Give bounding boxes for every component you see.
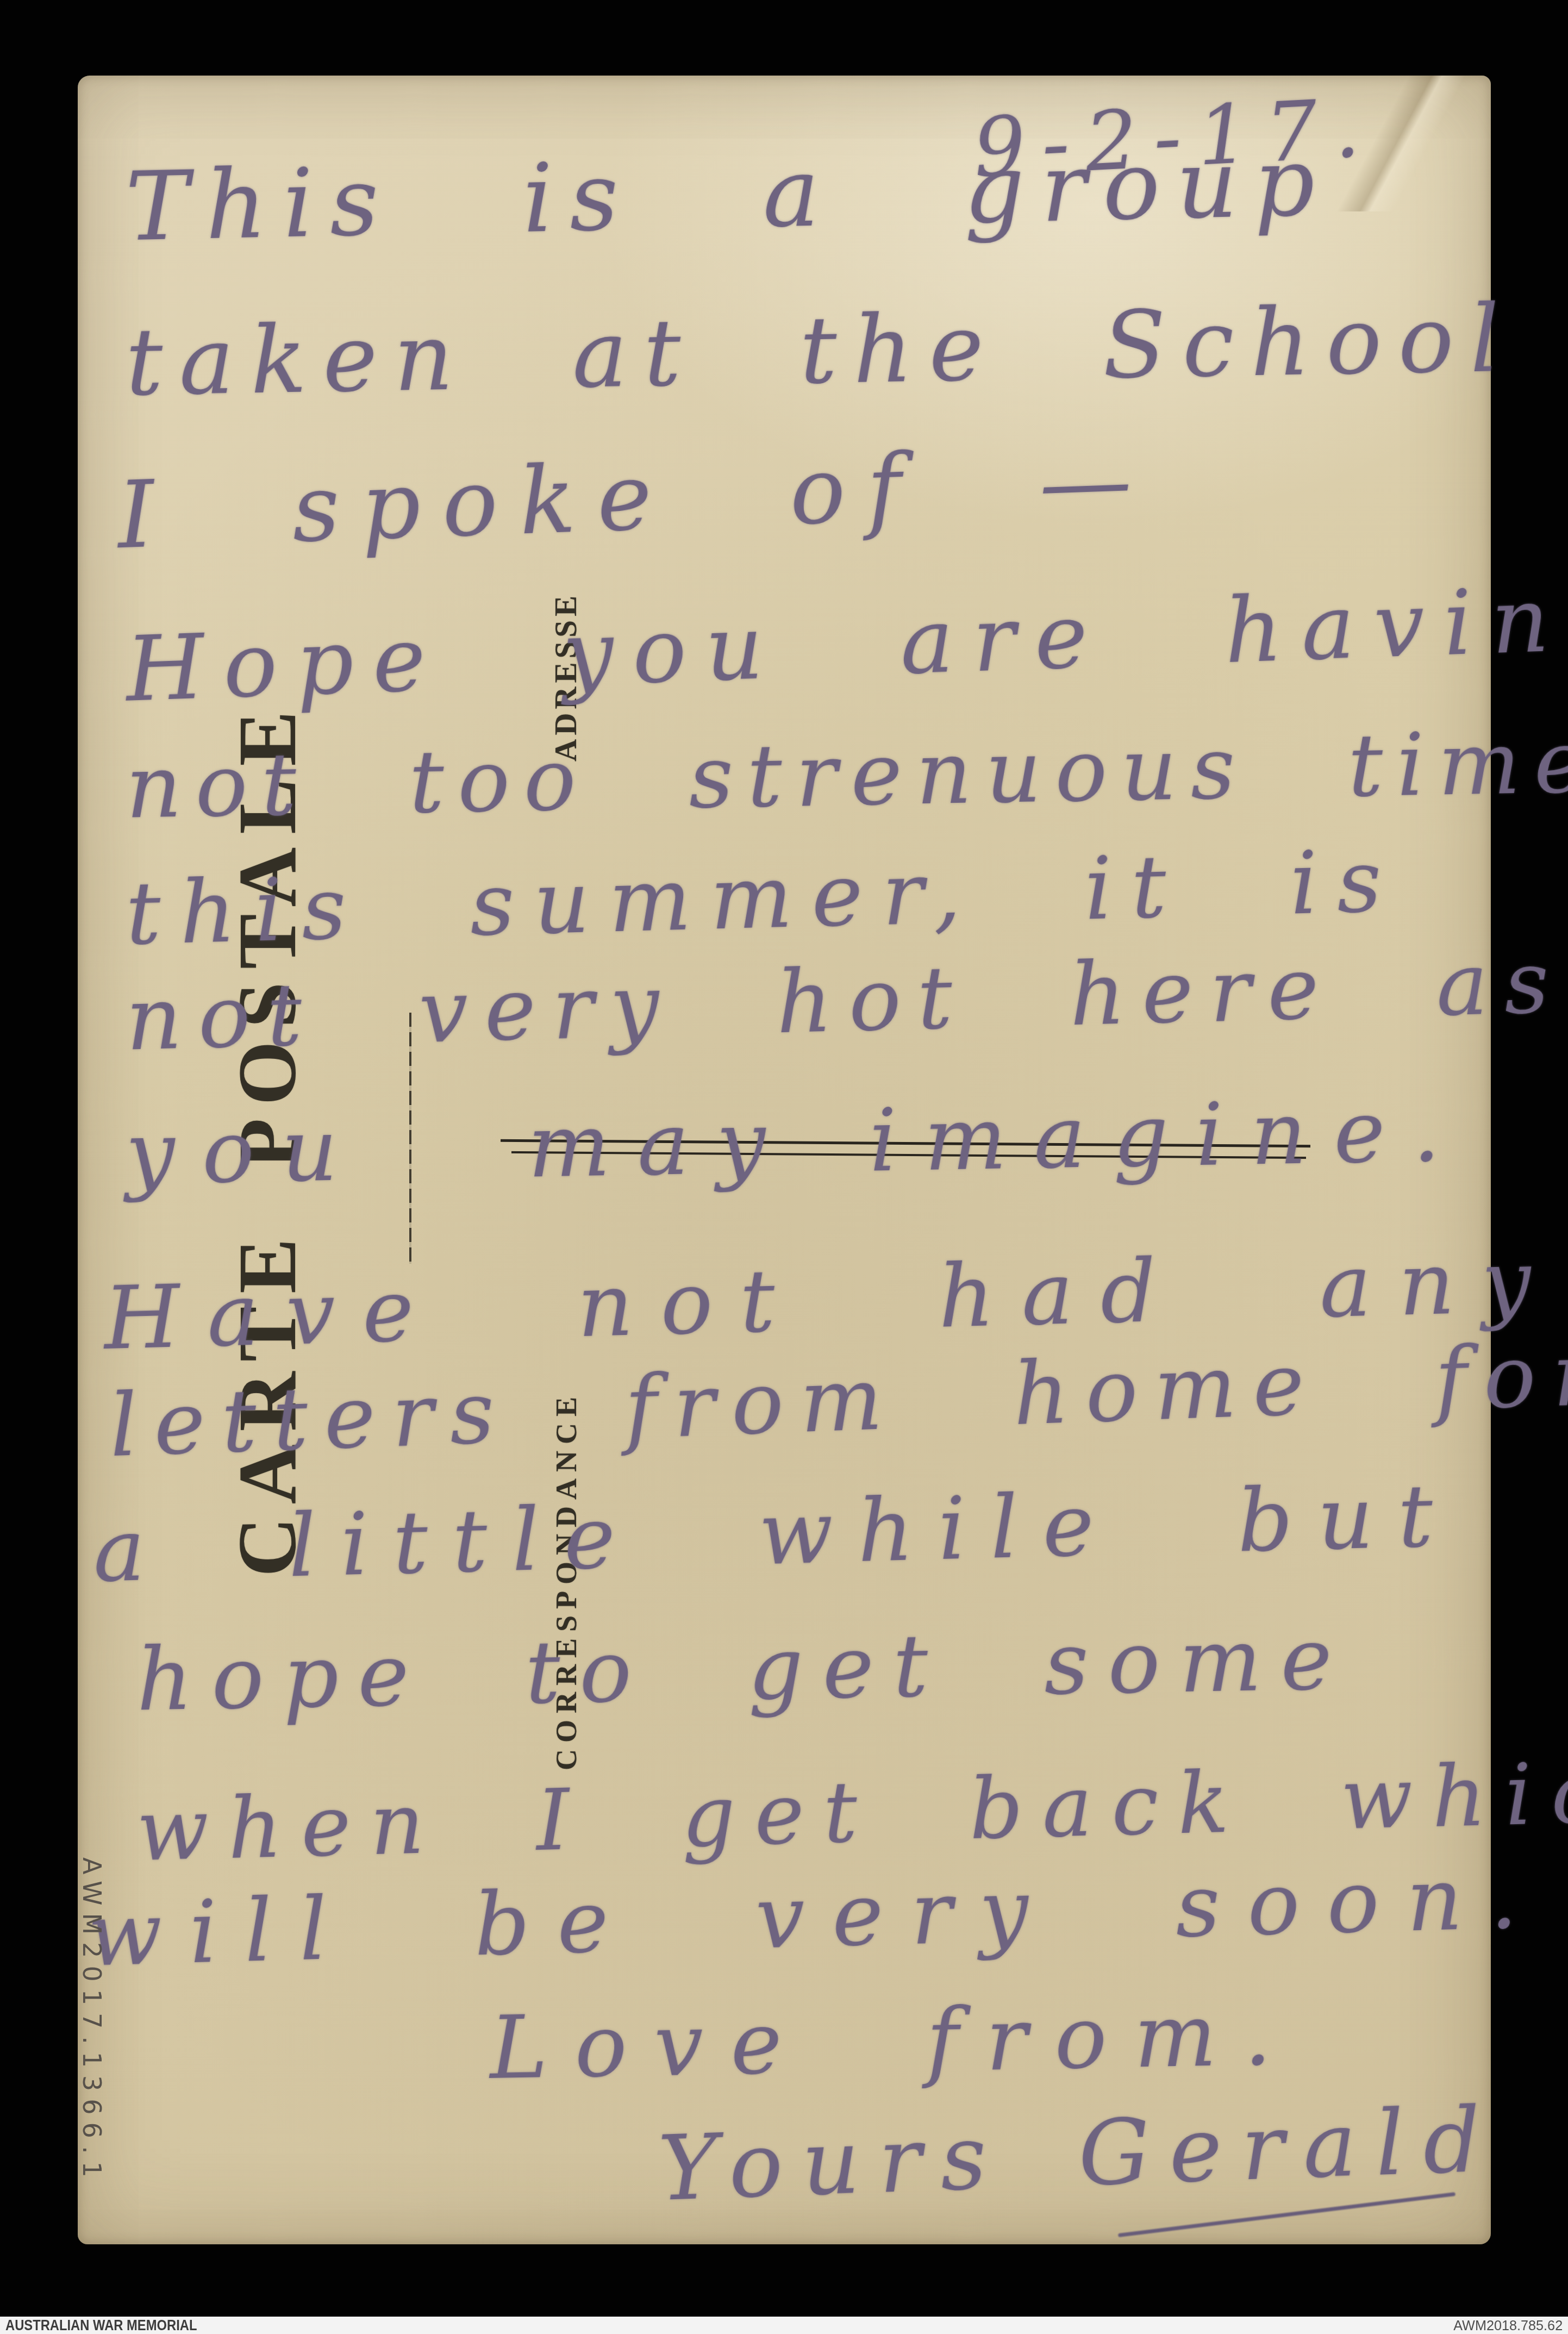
handwriting-line-8-underlined-phrase: may imagine.: [527, 1079, 1468, 1197]
archive-caption-bar: AUSTRALIAN WAR MEMORIAL AWM2018.785.62: [0, 2317, 1568, 2334]
signature-line: Yours Gerald: [657, 2087, 1501, 2221]
handwriting-line-5: not too strenuous time: [125, 710, 1568, 838]
handwriting-line-8-prefix: you: [125, 1099, 366, 1205]
handwriting-line-4: Hope you are having: [124, 564, 1568, 721]
pencil-accession-number: AWM2017.1366.1: [76, 1857, 108, 2190]
archive-accession-label: AWM2018.785.62: [1453, 2317, 1563, 2334]
handwriting-line-15: Love from.: [489, 1983, 1299, 2099]
handwriting-line-1: This is a group: [124, 127, 1332, 263]
postcard-back: CARTE POSTALE ADRESSE CORRESPONDANCE 9-2…: [78, 76, 1491, 2244]
postcard-scan: CARTE POSTALE ADRESSE CORRESPONDANCE 9-2…: [0, 0, 1568, 2334]
handwriting-line-3: I spoke of —: [116, 426, 1155, 570]
handwriting-line-8: youmay imagine.: [125, 1079, 1468, 1204]
handwriting-line-2: taken at the School: [124, 285, 1516, 417]
handwriting-line-12: hope to get some: [136, 1608, 1352, 1731]
archive-institution-label: AUSTRALIAN WAR MEMORIAL: [5, 2317, 197, 2334]
